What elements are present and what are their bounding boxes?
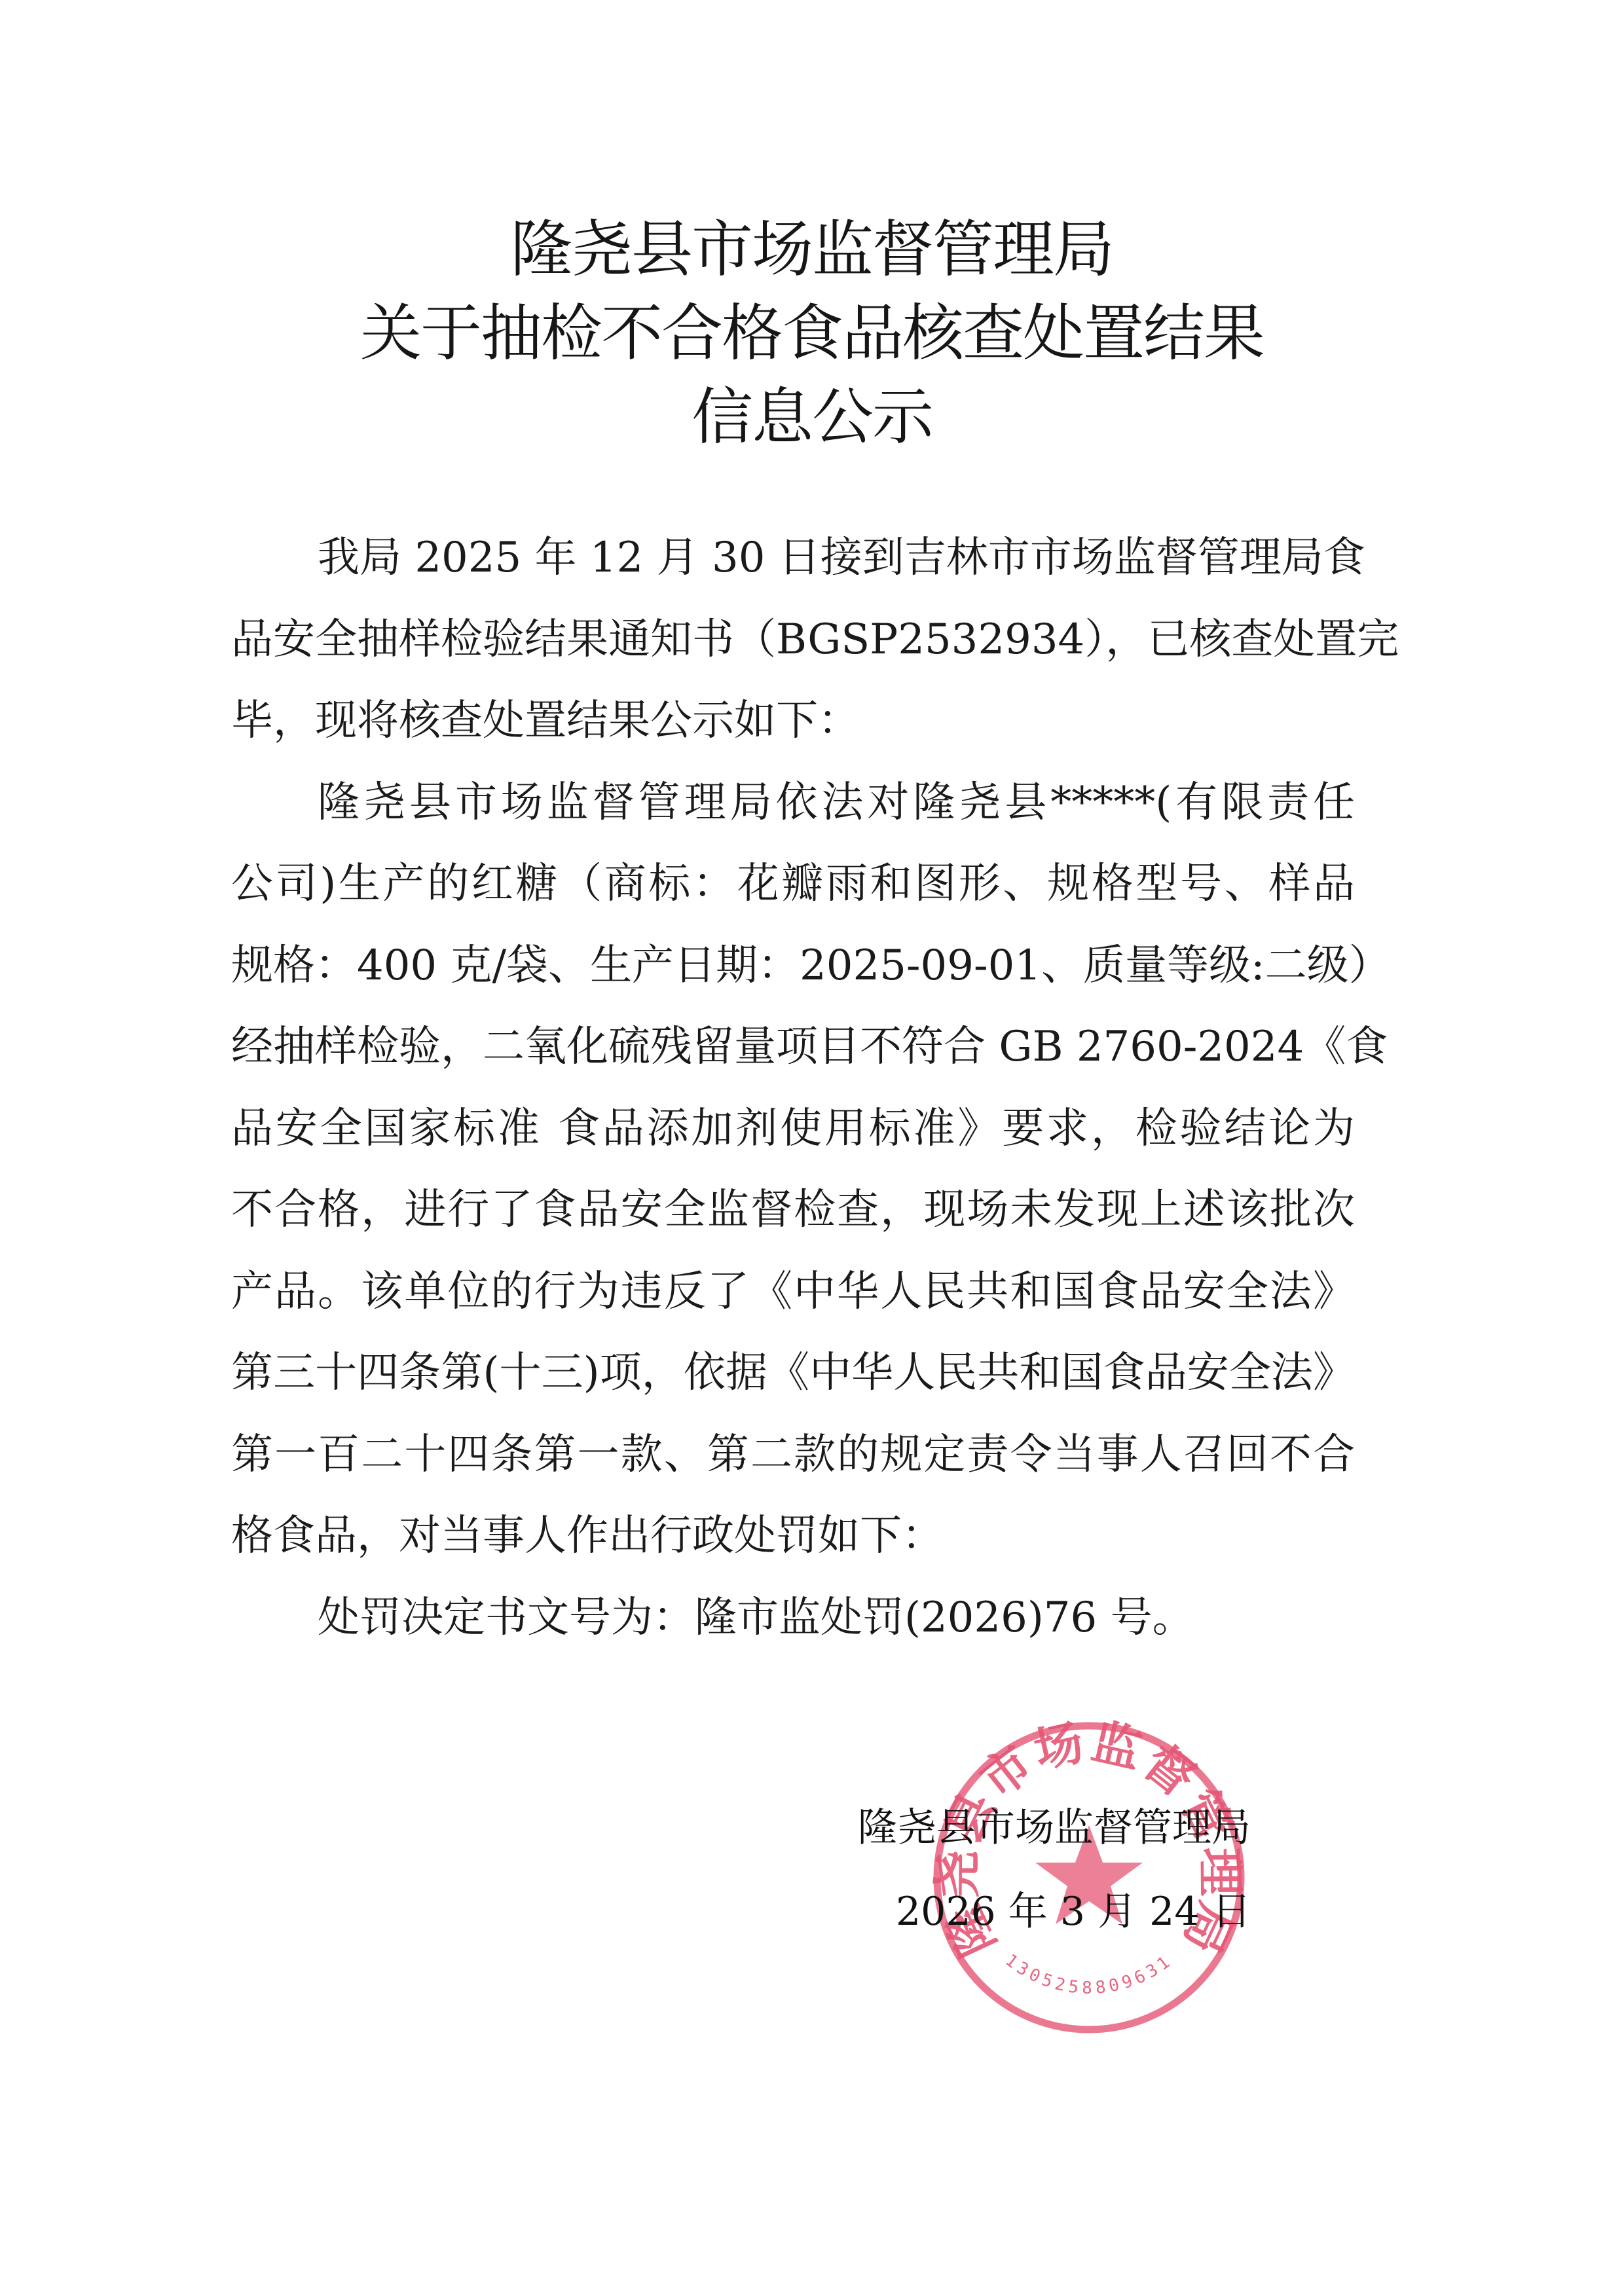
title-line-2: 关于抽检不合格食品核查处置结果 [0, 292, 1624, 376]
svg-text:1305258809631: 1305258809631 [1001, 1950, 1177, 1998]
document-page: 隆尧县市场监督管理局 关于抽检不合格食品核查处置结果 信息公示 我局 2025 … [0, 0, 1624, 2296]
body-line: 品安全国家标准 食品添加剂使用标准》要求，检验结论为 [231, 1088, 1355, 1170]
body-line: 经抽样检验，二氧化硫残留量项目不符合 GB 2760-2024《食 [231, 1006, 1355, 1088]
body-line: 第三十四条第(十三)项，依据《中华人民共和国食品安全法》 [231, 1332, 1355, 1414]
official-seal: 隆尧县市场监督管理局 1305258809631 [929, 1717, 1249, 2038]
body-line: 规格：400 克/袋、生产日期：2025-09-01、质量等级:二级） [231, 925, 1355, 1007]
body-line: 产品。该单位的行为违反了《中华人民共和国食品安全法》 [231, 1251, 1355, 1333]
document-body: 我局 2025 年 12 月 30 日接到吉林市市场监督管理局食 品安全抽样检验… [231, 517, 1355, 1658]
body-line: 第一百二十四条第一款、第二款的规定责令当事人召回不合 [231, 1414, 1355, 1496]
body-line: 公司)生产的红糖（商标：花瓣雨和图形、规格型号、样品 [231, 843, 1355, 925]
title-line-1: 隆尧县市场监督管理局 [0, 208, 1624, 292]
signature-date: 2026 年 3 月 24 日 [896, 1886, 1223, 1938]
body-line: 隆尧县市场监督管理局依法对隆尧县*****(有限责任 [231, 762, 1355, 844]
body-line: 毕，现将核查处置结果公示如下： [231, 680, 1355, 762]
body-line: 我局 2025 年 12 月 30 日接到吉林市市场监督管理局食 [231, 517, 1355, 599]
body-line: 品安全抽样检验结果通知书（BGSP2532934），已核查处置完 [231, 599, 1355, 681]
penalty-decision-line: 处罚决定书文号为：隆市监处罚(2026)76 号。 [231, 1577, 1355, 1659]
document-title: 隆尧县市场监督管理局 关于抽检不合格食品核查处置结果 信息公示 [0, 208, 1624, 460]
body-line: 格食品，对当事人作出行政处罚如下： [231, 1495, 1355, 1577]
signature-organization: 隆尧县市场监督管理局 [858, 1802, 1185, 1854]
title-line-3: 信息公示 [0, 376, 1624, 460]
seal-icon: 隆尧县市场监督管理局 1305258809631 [929, 1717, 1249, 2038]
body-line: 不合格，进行了食品安全监督检查，现场未发现上述该批次 [231, 1169, 1355, 1251]
